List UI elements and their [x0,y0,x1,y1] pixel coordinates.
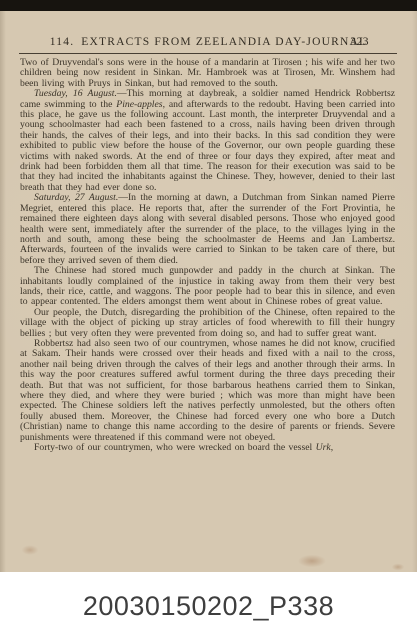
paragraph: Tuesday, 16 August.—This morning at dayb… [20,89,395,193]
paragraph: Our people, the Dutch, disregarding the … [20,308,395,339]
text-run: Pine-apples [116,99,162,110]
header-rule [19,53,397,54]
text-run: , [331,442,333,453]
paragraph: Forty-two of our countrymen, who were wr… [20,443,395,453]
text-run: —In the morning at dawn, a Dutchman from… [20,192,395,265]
text-run: Our people, the Dutch, disregarding the … [20,307,395,339]
text-run: Tuesday, 16 August. [34,88,117,99]
paragraph: Saturday, 27 August.—In the morning at d… [20,193,395,266]
scanned-book-page: 114.EXTRACTS FROM ZEELANDIA DAY-JOURNAL … [0,0,417,572]
page-header: 114.EXTRACTS FROM ZEELANDIA DAY-JOURNAL … [0,36,417,50]
page-title: EXTRACTS FROM ZEELANDIA DAY-JOURNAL [81,36,367,48]
text-run: Two of Druyvendal's sons were in the hou… [20,57,395,89]
paragraph: Two of Druyvendal's sons were in the hou… [20,58,395,89]
page-number: 323 [350,36,369,48]
text-run: , and afterwards to the redoubt. Having … [20,99,395,193]
text-run: Saturday, 27 August. [34,192,118,203]
paragraph: Robbertsz had also seen two of our count… [20,339,395,443]
scan-black-edge [0,0,417,11]
paragraph: The Chinese had stored much gunpowder an… [20,266,395,308]
text-run: Forty-two of our countrymen, who were wr… [34,442,316,453]
label-band: 20030150202_P338 [0,572,417,640]
section-number: 114. [50,36,75,48]
text-run: Urk [316,442,331,453]
text-run: The Chinese had stored much gunpowder an… [20,265,395,307]
image-label: 20030150202_P338 [83,591,334,622]
page-body: Two of Druyvendal's sons were in the hou… [0,58,417,453]
text-run: Robbertsz had also seen two of our count… [20,338,395,443]
